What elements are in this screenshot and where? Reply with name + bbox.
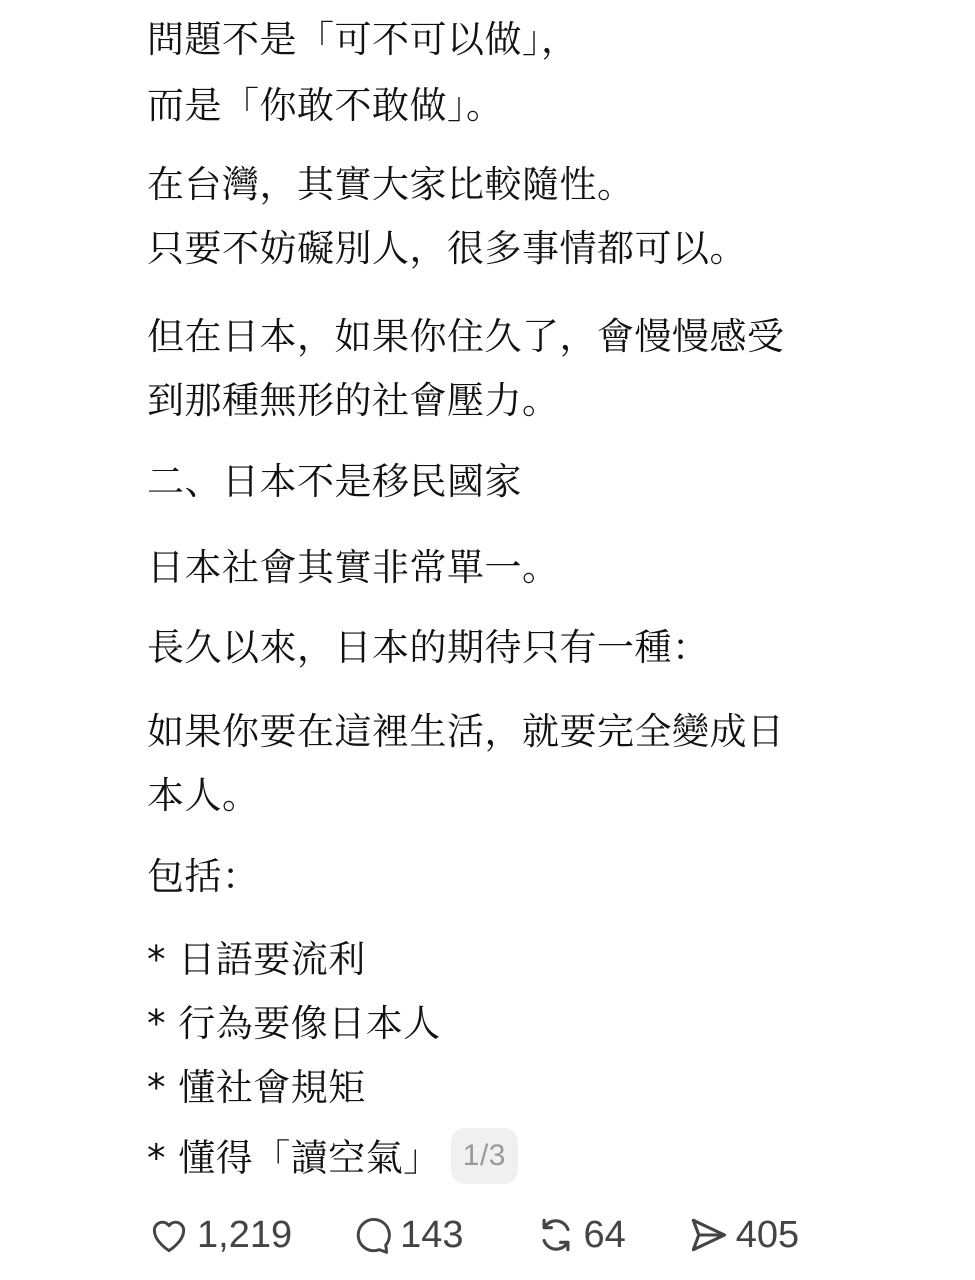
text-line: 只要不妨礙別人，很多事情都可以。 (147, 229, 747, 269)
send-icon (686, 1213, 730, 1257)
text-line: 二、日本不是移民國家 (147, 462, 522, 502)
repost-icon (534, 1213, 578, 1257)
paragraph: 如果你要在這裡生活，就要完全變成日 本人。 (147, 712, 785, 816)
text-line: 日本社會其實非常單一。 (147, 548, 560, 588)
list-item: * 懂得「讀空氣」1/3 (147, 1132, 518, 1188)
list-item: * 日語要流利 (147, 940, 518, 980)
like-button[interactable]: 1,219 (147, 1213, 292, 1257)
text-line: 長久以來，日本的期待只有一種： (147, 628, 710, 668)
list-item: * 行為要像日本人 (147, 1004, 518, 1044)
comment-bubble-icon (350, 1213, 394, 1257)
section-heading: 二、日本不是移民國家 (147, 462, 522, 502)
paragraph: 長久以來，日本的期待只有一種： (147, 628, 710, 668)
paragraph: 問題不是「可不可以做」， 而是「你敢不敢做」。 (147, 20, 579, 126)
paragraph: 在台灣，其實大家比較隨性。 只要不妨礙別人，很多事情都可以。 (147, 165, 747, 269)
text-line: 本人。 (147, 776, 785, 816)
share-button[interactable]: 405 (686, 1213, 799, 1257)
text-line: 包括： (147, 857, 260, 897)
page-indicator-badge[interactable]: 1/3 (451, 1128, 518, 1184)
text-line: 但在日本，如果你住久了，會慢慢感受 (147, 317, 785, 357)
list-item: * 懂社會規矩 (147, 1068, 518, 1108)
repost-count: 64 (584, 1214, 626, 1257)
heart-icon (147, 1213, 191, 1257)
share-count: 405 (736, 1214, 799, 1257)
comment-count: 143 (400, 1214, 463, 1257)
text-line: 而是「你敢不敢做」。 (147, 86, 579, 126)
like-count: 1,219 (197, 1214, 292, 1257)
repost-button[interactable]: 64 (534, 1213, 626, 1257)
paragraph: 包括： (147, 857, 260, 897)
text-line: 在台灣，其實大家比較隨性。 (147, 165, 747, 205)
text-line: 問題不是「可不可以做」， (147, 20, 579, 62)
paragraph: 但在日本，如果你住久了，會慢慢感受 到那種無形的社會壓力。 (147, 317, 785, 421)
paragraph: 日本社會其實非常單一。 (147, 548, 560, 588)
action-bar: 1,219 143 64 405 (147, 1213, 849, 1257)
bullet-list: * 日語要流利 * 行為要像日本人 * 懂社會規矩 * 懂得「讀空氣」1/3 (147, 940, 518, 1188)
text-line: 到那種無形的社會壓力。 (147, 381, 785, 421)
comment-button[interactable]: 143 (350, 1213, 463, 1257)
text-line: 如果你要在這裡生活，就要完全變成日 (147, 712, 785, 752)
